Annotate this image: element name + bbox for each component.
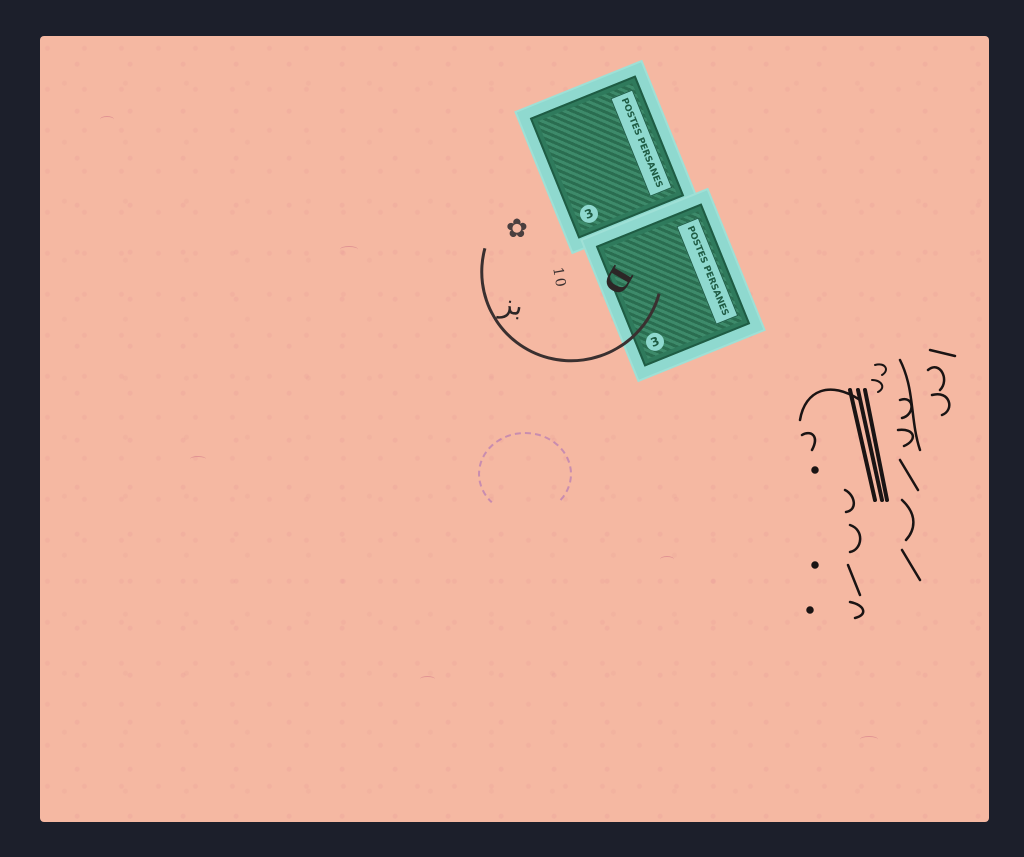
flower-icon: ✿ [506,214,528,244]
paper-fiber [340,246,358,253]
handwritten-address [790,340,970,620]
paper-fiber [190,456,206,462]
paper-fiber [420,676,435,682]
paper-fiber [100,116,114,123]
paper-fiber [660,556,674,563]
faint-seal-mark [478,432,572,516]
paper-fiber [860,736,878,743]
